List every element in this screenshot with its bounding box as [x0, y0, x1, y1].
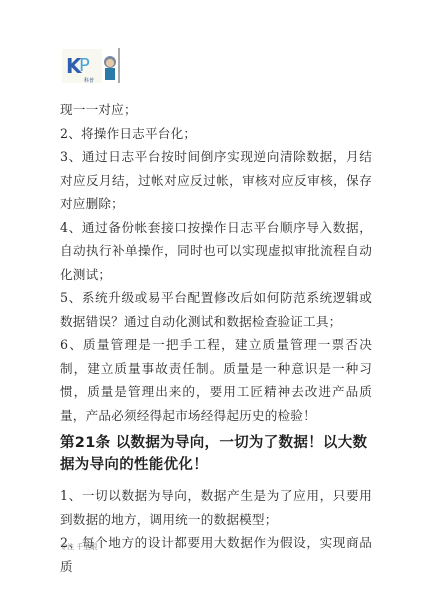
section-heading: 第21条 以数据为导向，一切为了数据！以大数据为导向的性能优化！ [60, 432, 372, 476]
paragraph: 5、系统升级或易平台配置修改后如何防范系统逻辑或数据错误？通过自动化测试和数据检… [60, 286, 372, 333]
logo-icon: K P 科普 [62, 45, 124, 85]
svg-text:科普: 科普 [84, 77, 94, 84]
paragraph: 1、一切以数据为导向，数据产生是为了应用，只要用到数据的地方，调用统一的数据模型… [60, 484, 372, 531]
paragraph: 2、每个地方的设计都要用大数据作为假设，实现商品质 [60, 531, 372, 578]
document-body: 现一一对应； 2、将操作日志平台化； 3、通过日志平台按时间倒序实现逆向清除数据… [60, 98, 372, 578]
svg-text:P: P [79, 55, 90, 76]
paragraph: 3、通过日志平台按时间倒序实现逆向清除数据，月结对应反月结，过帐对应反过帐，审核… [60, 145, 372, 216]
paragraph: 6、质量管理是一把手工程，建立质量管理一票否决制，建立质量事故责任制。质量是一种… [60, 333, 372, 427]
page-footer: 专注 千里眼 [60, 542, 97, 552]
paragraph: 2、将操作日志平台化； [60, 122, 372, 146]
paragraph: 现一一对应； [60, 98, 372, 122]
logo: K P 科普 [62, 45, 124, 85]
paragraph: 4、通过备份帐套接口按操作日志平台顺序导入数据，自动执行补单操作，同时也可以实现… [60, 216, 372, 287]
